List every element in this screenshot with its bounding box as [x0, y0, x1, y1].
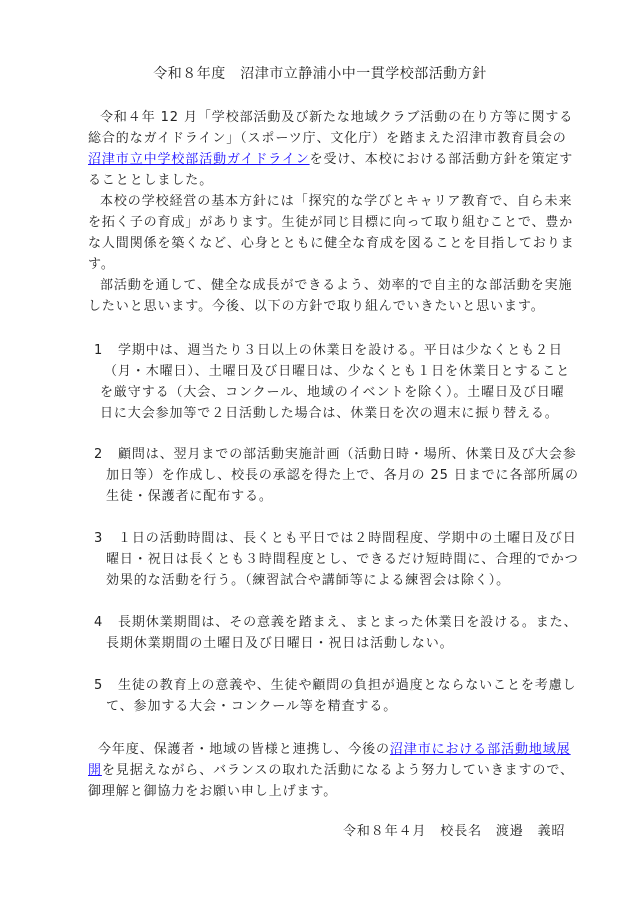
signature: 令和８年４月 校長名 渡邉 義昭 — [343, 824, 565, 840]
closing-line2-rest: を見据えながら、バランスの取れた活動になるよう努力していきますので、 — [102, 763, 574, 778]
intro-p2-line3: な人間関係を築くなど、心身とともに健全な育成を図ることを目指しておりま — [88, 236, 575, 252]
intro-p3-line1: 部活動を通して、健全な成長ができるよう、効率的で自主的な部活動を実施 — [100, 278, 572, 294]
regional-expansion-link-cont[interactable]: 開 — [88, 763, 102, 778]
regional-expansion-link[interactable]: 沼津市における部活動地域展 — [390, 742, 571, 757]
policy-2-line2: 加日等）を作成し、校長の承認を得た上で、各月の 25 日までに各部所属の — [106, 468, 579, 484]
policy-5-number: 5 — [94, 678, 103, 694]
policy-4-line2: 長期休業期間の土曜日及び日曜日・祝日は活動しない。 — [106, 636, 454, 652]
closing-line1: 今年度、保護者・地域の皆様と連携し、今後の沼津市における部活動地域展 — [98, 742, 571, 758]
intro-p2-line1: 本校の学校経営の基本方針には「探究的な学びとキャリア教育で、自ら未来 — [100, 194, 572, 210]
closing-line1-pre: 今年度、保護者・地域の皆様と連携し、今後の — [98, 742, 390, 757]
policy-5-line1: 生徒の教育上の意義や、生徒や顧問の負担が過度とならないことを考慮し — [118, 678, 576, 694]
policy-4-number: 4 — [94, 615, 103, 631]
policy-4-line1: 長期休業期間は、その意義を踏まえ、まとまった休業日を設ける。また、 — [118, 615, 577, 631]
guideline-link[interactable]: 沼津市立中学校部活動ガイドライン — [88, 152, 310, 167]
intro-p3-line2: したいと思います。今後、以下の方針で取り組んでいきたいと思います。 — [88, 299, 545, 315]
policy-2-number: 2 — [94, 447, 103, 463]
intro-p2-line4: す。 — [88, 257, 115, 273]
policy-3-line2: 曜日・祝日は長くとも３時間程度とし、できるだけ短時間に、合理的でかつ — [106, 552, 579, 568]
intro-p1-line1: 令和４年 12 月「学校部活動及び新たな地域クラブ活動の在り方等に関する — [100, 110, 573, 126]
policy-1-line2: （月・木曜日）、土曜日及び日曜日は、少なくとも１日を休業日とすること — [104, 364, 570, 380]
intro-p2-line2: を拓く子の育成」があります。生徒が同じ目標に向って取り組むことで、豊か — [88, 215, 573, 231]
policy-2-line1: 顧問は、翌月までの部活動実施計画（活動日時・場所、休業日及び大会参 — [118, 447, 577, 463]
closing-line3: 御理解と御協力をお願い申し上げます。 — [88, 784, 337, 800]
closing-line2: 開を見据えながら、バランスの取れた活動になるよう努力していきますので、 — [88, 763, 574, 779]
policy-1-line1: 学期中は、週当たり３日以上の休業日を設ける。平日は少なくとも２日 — [118, 343, 563, 359]
policy-1-number: 1 — [94, 343, 103, 359]
policy-1-line3: を厳守する（大会、コンクール、地域のイベントを除く）。土曜日及び日曜 — [100, 385, 565, 401]
intro-p1-line2: 総合的なガイドライン」（スポーツ庁、文化庁）を踏まえた沼津市教育員会の — [88, 131, 567, 147]
policy-2-line3: 生徒・保護者に配布する。 — [106, 489, 273, 505]
policy-3-number: 3 — [94, 531, 103, 547]
intro-p1-line4: ることとしました。 — [88, 173, 213, 189]
intro-p1-line3-rest: を受け、本校における部活動方針を策定す — [310, 152, 574, 167]
policy-5-line2: て、参加する大会・コンクール等を精査する。 — [106, 699, 397, 715]
policy-1-line4: 日に大会参加等で２日活動した場合は、休業日を次の週末に振り替える。 — [100, 406, 559, 422]
policy-3-line1: １日の活動時間は、長くとも平日では２時間程度、学期中の土曜日及び日 — [118, 531, 577, 547]
policy-3-line3: 効果的な活動を行う。（練習試合や講師等による練習会は除く）。 — [106, 573, 510, 589]
intro-p1-line3: 沼津市立中学校部活動ガイドラインを受け、本校における部活動方針を策定す — [88, 152, 573, 168]
document-page: 令和８年度 沼津市立静浦小中一貫学校部活動方針 令和４年 12 月「学校部活動及… — [0, 0, 640, 906]
document-title: 令和８年度 沼津市立静浦小中一貫学校部活動方針 — [0, 64, 640, 84]
